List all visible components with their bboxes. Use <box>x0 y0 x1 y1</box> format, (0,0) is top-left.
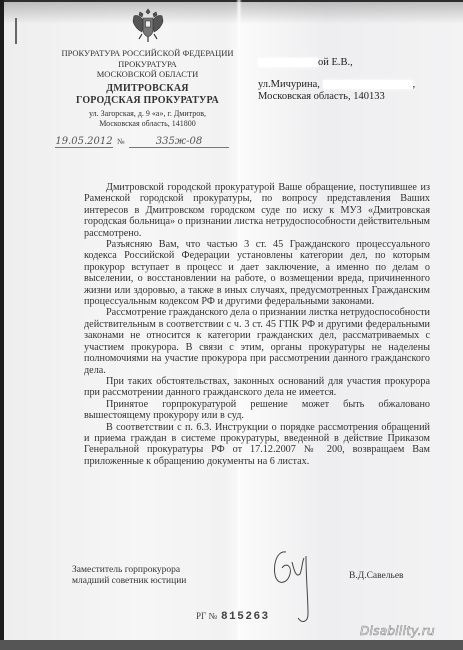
recipient-name: ой Е.В., <box>318 57 353 68</box>
coat-of-arms-icon <box>130 6 166 44</box>
letterhead-line: МОСКОВСКОЙ ОБЛАСТИ <box>50 69 245 80</box>
handwritten-signature-icon <box>268 548 328 628</box>
position-line: Заместитель горпрокурора <box>72 565 186 576</box>
recipient-block: ой Е.В., ул.Мичурина, , Московская облас… <box>258 57 415 103</box>
registration-number: 335ж-08 <box>129 136 229 148</box>
recipient-street-suffix: , <box>413 79 416 90</box>
site-watermark: Disability.ru <box>360 624 435 638</box>
body-paragraph: Дмитровской городской прокуратурой Ваше … <box>84 182 430 239</box>
office-name: ГОРОДСКАЯ ПРОКУРАТУРА <box>50 95 245 107</box>
body-paragraph: При таких обстоятельствах, законных осно… <box>84 376 430 399</box>
position-line: младший советник юстиции <box>72 576 186 587</box>
signer-name: В.Д.Савельев <box>349 571 404 581</box>
form-number-value: 815263 <box>221 611 270 623</box>
scan-shadow-top <box>4 0 463 24</box>
letterhead-line: ПРОКУРАТУРА <box>50 59 245 70</box>
recipient-street: ул.Мичурина, <box>258 79 320 90</box>
redacted-address <box>323 80 413 89</box>
letterhead-line: ПРОКУРАТУРА РОССИЙСКОЙ ФЕДЕРАЦИИ <box>50 48 245 59</box>
redacted-name <box>258 58 318 67</box>
office-name: ДМИТРОВСКАЯ <box>50 83 245 95</box>
form-number: РГ №815263 <box>196 611 270 623</box>
body-paragraph: Разъясняю Вам, что частью 3 ст. 45 Гражд… <box>84 239 430 307</box>
registration-date: 19.05.2012 <box>55 136 113 148</box>
signer-position: Заместитель горпрокурора младший советни… <box>72 565 186 587</box>
body-paragraph: Принятое горпрокуратурой решение может б… <box>84 399 430 422</box>
scan-shadow-bottom <box>0 640 463 650</box>
letterhead: ПРОКУРАТУРА РОССИЙСКОЙ ФЕДЕРАЦИИ ПРОКУРА… <box>50 48 245 129</box>
registration-line: 19.05.2012 № 335ж-08 <box>55 136 235 150</box>
letter-body: Дмитровской городской прокуратурой Ваше … <box>84 182 430 467</box>
number-sign: № <box>117 137 125 146</box>
recipient-region: Московская область, 140133 <box>258 91 415 103</box>
margin-mark <box>15 18 17 44</box>
form-number-label: РГ № <box>196 611 217 621</box>
body-paragraph: В соответствии с п. 6.3. Инструкции о по… <box>84 422 430 468</box>
office-address: Московская область, 141800 <box>50 119 245 129</box>
body-paragraph: Рассмотрение гражданского дела о признан… <box>84 307 430 375</box>
office-address: ул. Загорская, д. 9 «а», г. Дмитров, <box>50 109 245 119</box>
